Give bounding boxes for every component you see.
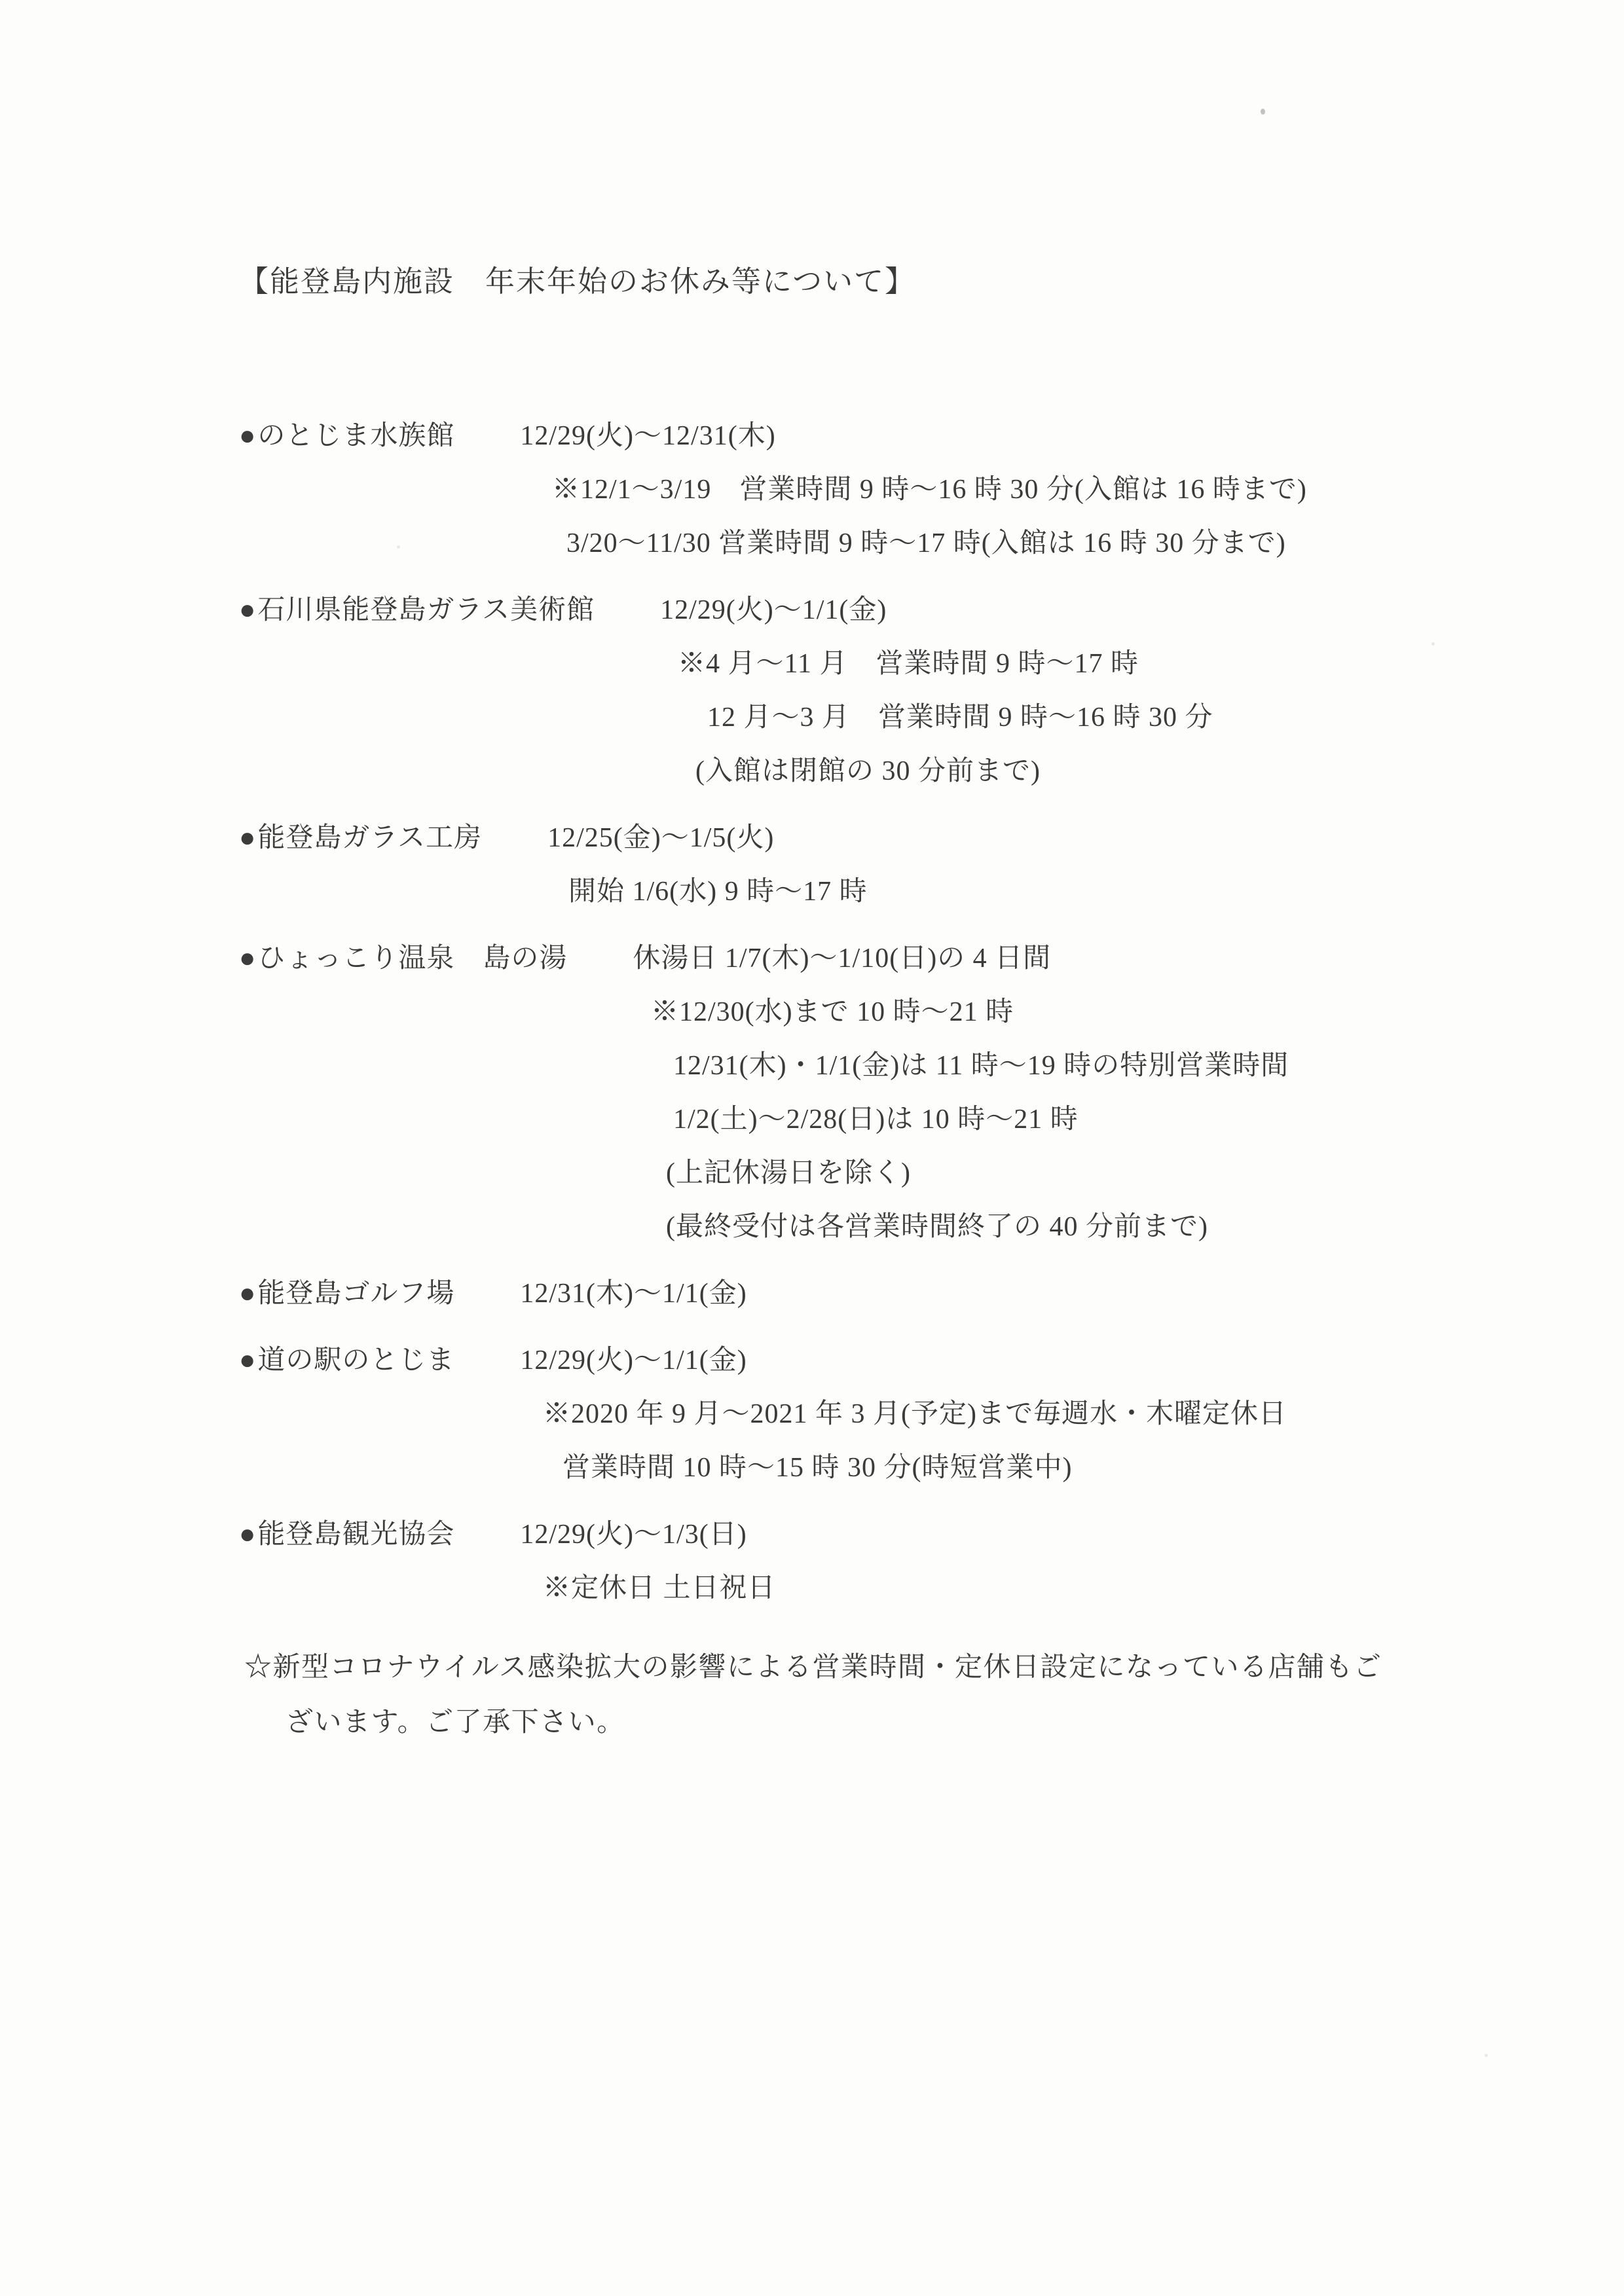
facility-name-group: ● ひょっこり温泉 島の湯 bbox=[239, 945, 567, 972]
facility-note: 3/20～11/30 営業時間 9 時～17 時(入館は 16 時 30 分まで… bbox=[566, 530, 1624, 557]
facility-section-onsen: ● ひょっこり温泉 島の湯 休湯日 1/7(木)～1/10(日)の 4 日間 ※… bbox=[0, 945, 1624, 1241]
closure-period: 12/29(火)～1/1(金) bbox=[520, 1347, 747, 1374]
facility-name-group: ● 道の駅のとじま bbox=[239, 1347, 454, 1374]
closure-period: 12/29(火)～1/3(日) bbox=[520, 1521, 747, 1548]
facility-section-michinoeki: ● 道の駅のとじま 12/29(火)～1/1(金) ※2020 年 9 月～20… bbox=[0, 1347, 1624, 1482]
footnote-line: ざいます。ご了承下さい。 bbox=[286, 1708, 1624, 1737]
closure-period: 12/25(金)～1/5(火) bbox=[547, 824, 774, 852]
scan-speck bbox=[1431, 642, 1435, 646]
facility-note: ※12/1～3/19 営業時間 9 時～16 時 30 分(入館は 16 時まで… bbox=[552, 476, 1624, 503]
facility-name: 石川県能登島ガラス美術館 bbox=[257, 596, 595, 624]
facility-note: 営業時間 10 時～15 時 30 分(時短営業中) bbox=[563, 1454, 1624, 1482]
facility-heading: ● ひょっこり温泉 島の湯 休湯日 1/7(木)～1/10(日)の 4 日間 bbox=[239, 945, 1624, 972]
footnote-line: ☆新型コロナウイルス感染拡大の影響による営業時間・定休日設定になっている店舗もご bbox=[244, 1653, 1624, 1682]
closure-period: 12/29(火)～1/1(金) bbox=[660, 596, 887, 624]
scanned-document-page: 【能登島内施設 年末年始のお休み等について】 ● のとじま水族館 12/29(火… bbox=[0, 0, 1624, 2296]
closure-period: 12/31(木)～1/1(金) bbox=[520, 1280, 747, 1307]
facility-note: ※2020 年 9 月～2021 年 3 月(予定)まで毎週水・木曜定休日 bbox=[543, 1400, 1624, 1428]
facility-section-aquarium: ● のとじま水族館 12/29(火)～12/31(木) ※12/1～3/19 営… bbox=[0, 422, 1624, 557]
facility-heading: ● 能登島ゴルフ場 12/31(木)～1/1(金) bbox=[239, 1280, 1624, 1307]
scan-speck bbox=[1485, 2054, 1488, 2057]
scan-speck bbox=[1261, 109, 1265, 115]
page-title: 【能登島内施設 年末年始のお休み等について】 bbox=[239, 265, 1624, 298]
facility-note: (最終受付は各営業時間終了の 40 分前まで) bbox=[666, 1213, 1624, 1241]
facility-note: 開始 1/6(水) 9 時～17 時 bbox=[568, 878, 1624, 905]
bullet-icon: ● bbox=[239, 422, 256, 450]
facility-heading: ● 道の駅のとじま 12/29(火)～1/1(金) bbox=[239, 1347, 1624, 1374]
facility-note: 1/2(土)～2/28(日)は 10 時～21 時 bbox=[673, 1106, 1624, 1133]
facility-name-group: ● 石川県能登島ガラス美術館 bbox=[239, 596, 595, 624]
facility-heading: ● 能登島観光協会 12/29(火)～1/3(日) bbox=[239, 1521, 1624, 1548]
bullet-icon: ● bbox=[239, 596, 256, 624]
covid-footnote: ☆新型コロナウイルス感染拡大の影響による営業時間・定休日設定になっている店舗もご… bbox=[0, 1653, 1624, 1737]
facility-name: のとじま水族館 bbox=[257, 422, 454, 450]
bullet-icon: ● bbox=[239, 1521, 256, 1548]
facility-note: (上記休湯日を除く) bbox=[666, 1159, 1624, 1187]
facility-heading: ● 石川県能登島ガラス美術館 12/29(火)～1/1(金) bbox=[239, 596, 1624, 624]
facility-note: 12 月～3 月 営業時間 9 時～16 時 30 分 bbox=[707, 704, 1624, 731]
facility-name: 能登島ガラス工房 bbox=[257, 824, 482, 852]
facility-note: (入館は閉館の 30 分前まで) bbox=[695, 757, 1624, 785]
facility-name-group: ● 能登島観光協会 bbox=[239, 1521, 454, 1548]
facility-section-glass-studio: ● 能登島ガラス工房 12/25(金)～1/5(火) 開始 1/6(水) 9 時… bbox=[0, 824, 1624, 905]
facility-section-tourism-association: ● 能登島観光協会 12/29(火)～1/3(日) ※定休日 土日祝日 bbox=[0, 1521, 1624, 1602]
facility-section-golf: ● 能登島ゴルフ場 12/31(木)～1/1(金) bbox=[0, 1280, 1624, 1307]
facility-note: ※4 月～11 月 営業時間 9 時～17 時 bbox=[678, 650, 1624, 678]
bullet-icon: ● bbox=[239, 1280, 256, 1307]
bullet-icon: ● bbox=[239, 1347, 256, 1374]
bullet-icon: ● bbox=[239, 945, 256, 972]
facility-note: 12/31(木)・1/1(金)は 11 時～19 時の特別営業時間 bbox=[673, 1052, 1624, 1080]
facility-note: ※定休日 土日祝日 bbox=[543, 1575, 1624, 1602]
facility-name-group: ● のとじま水族館 bbox=[239, 422, 454, 450]
closure-period: 12/29(火)～12/31(木) bbox=[520, 422, 775, 450]
facility-note: ※12/30(水)まで 10 時～21 時 bbox=[651, 998, 1624, 1026]
facility-name-group: ● 能登島ガラス工房 bbox=[239, 824, 482, 852]
facility-section-glass-museum: ● 石川県能登島ガラス美術館 12/29(火)～1/1(金) ※4 月～11 月… bbox=[0, 596, 1624, 785]
closure-period: 休湯日 1/7(木)～1/10(日)の 4 日間 bbox=[633, 945, 1051, 972]
facility-heading: ● のとじま水族館 12/29(火)～12/31(木) bbox=[239, 422, 1624, 450]
bullet-icon: ● bbox=[239, 824, 256, 852]
facility-name: 道の駅のとじま bbox=[257, 1347, 454, 1374]
facility-name-group: ● 能登島ゴルフ場 bbox=[239, 1280, 454, 1307]
facility-name: 能登島ゴルフ場 bbox=[257, 1280, 454, 1307]
facility-heading: ● 能登島ガラス工房 12/25(金)～1/5(火) bbox=[239, 824, 1624, 852]
facility-name: ひょっこり温泉 島の湯 bbox=[257, 945, 567, 972]
scan-speck bbox=[397, 545, 400, 549]
facility-name: 能登島観光協会 bbox=[257, 1521, 454, 1548]
